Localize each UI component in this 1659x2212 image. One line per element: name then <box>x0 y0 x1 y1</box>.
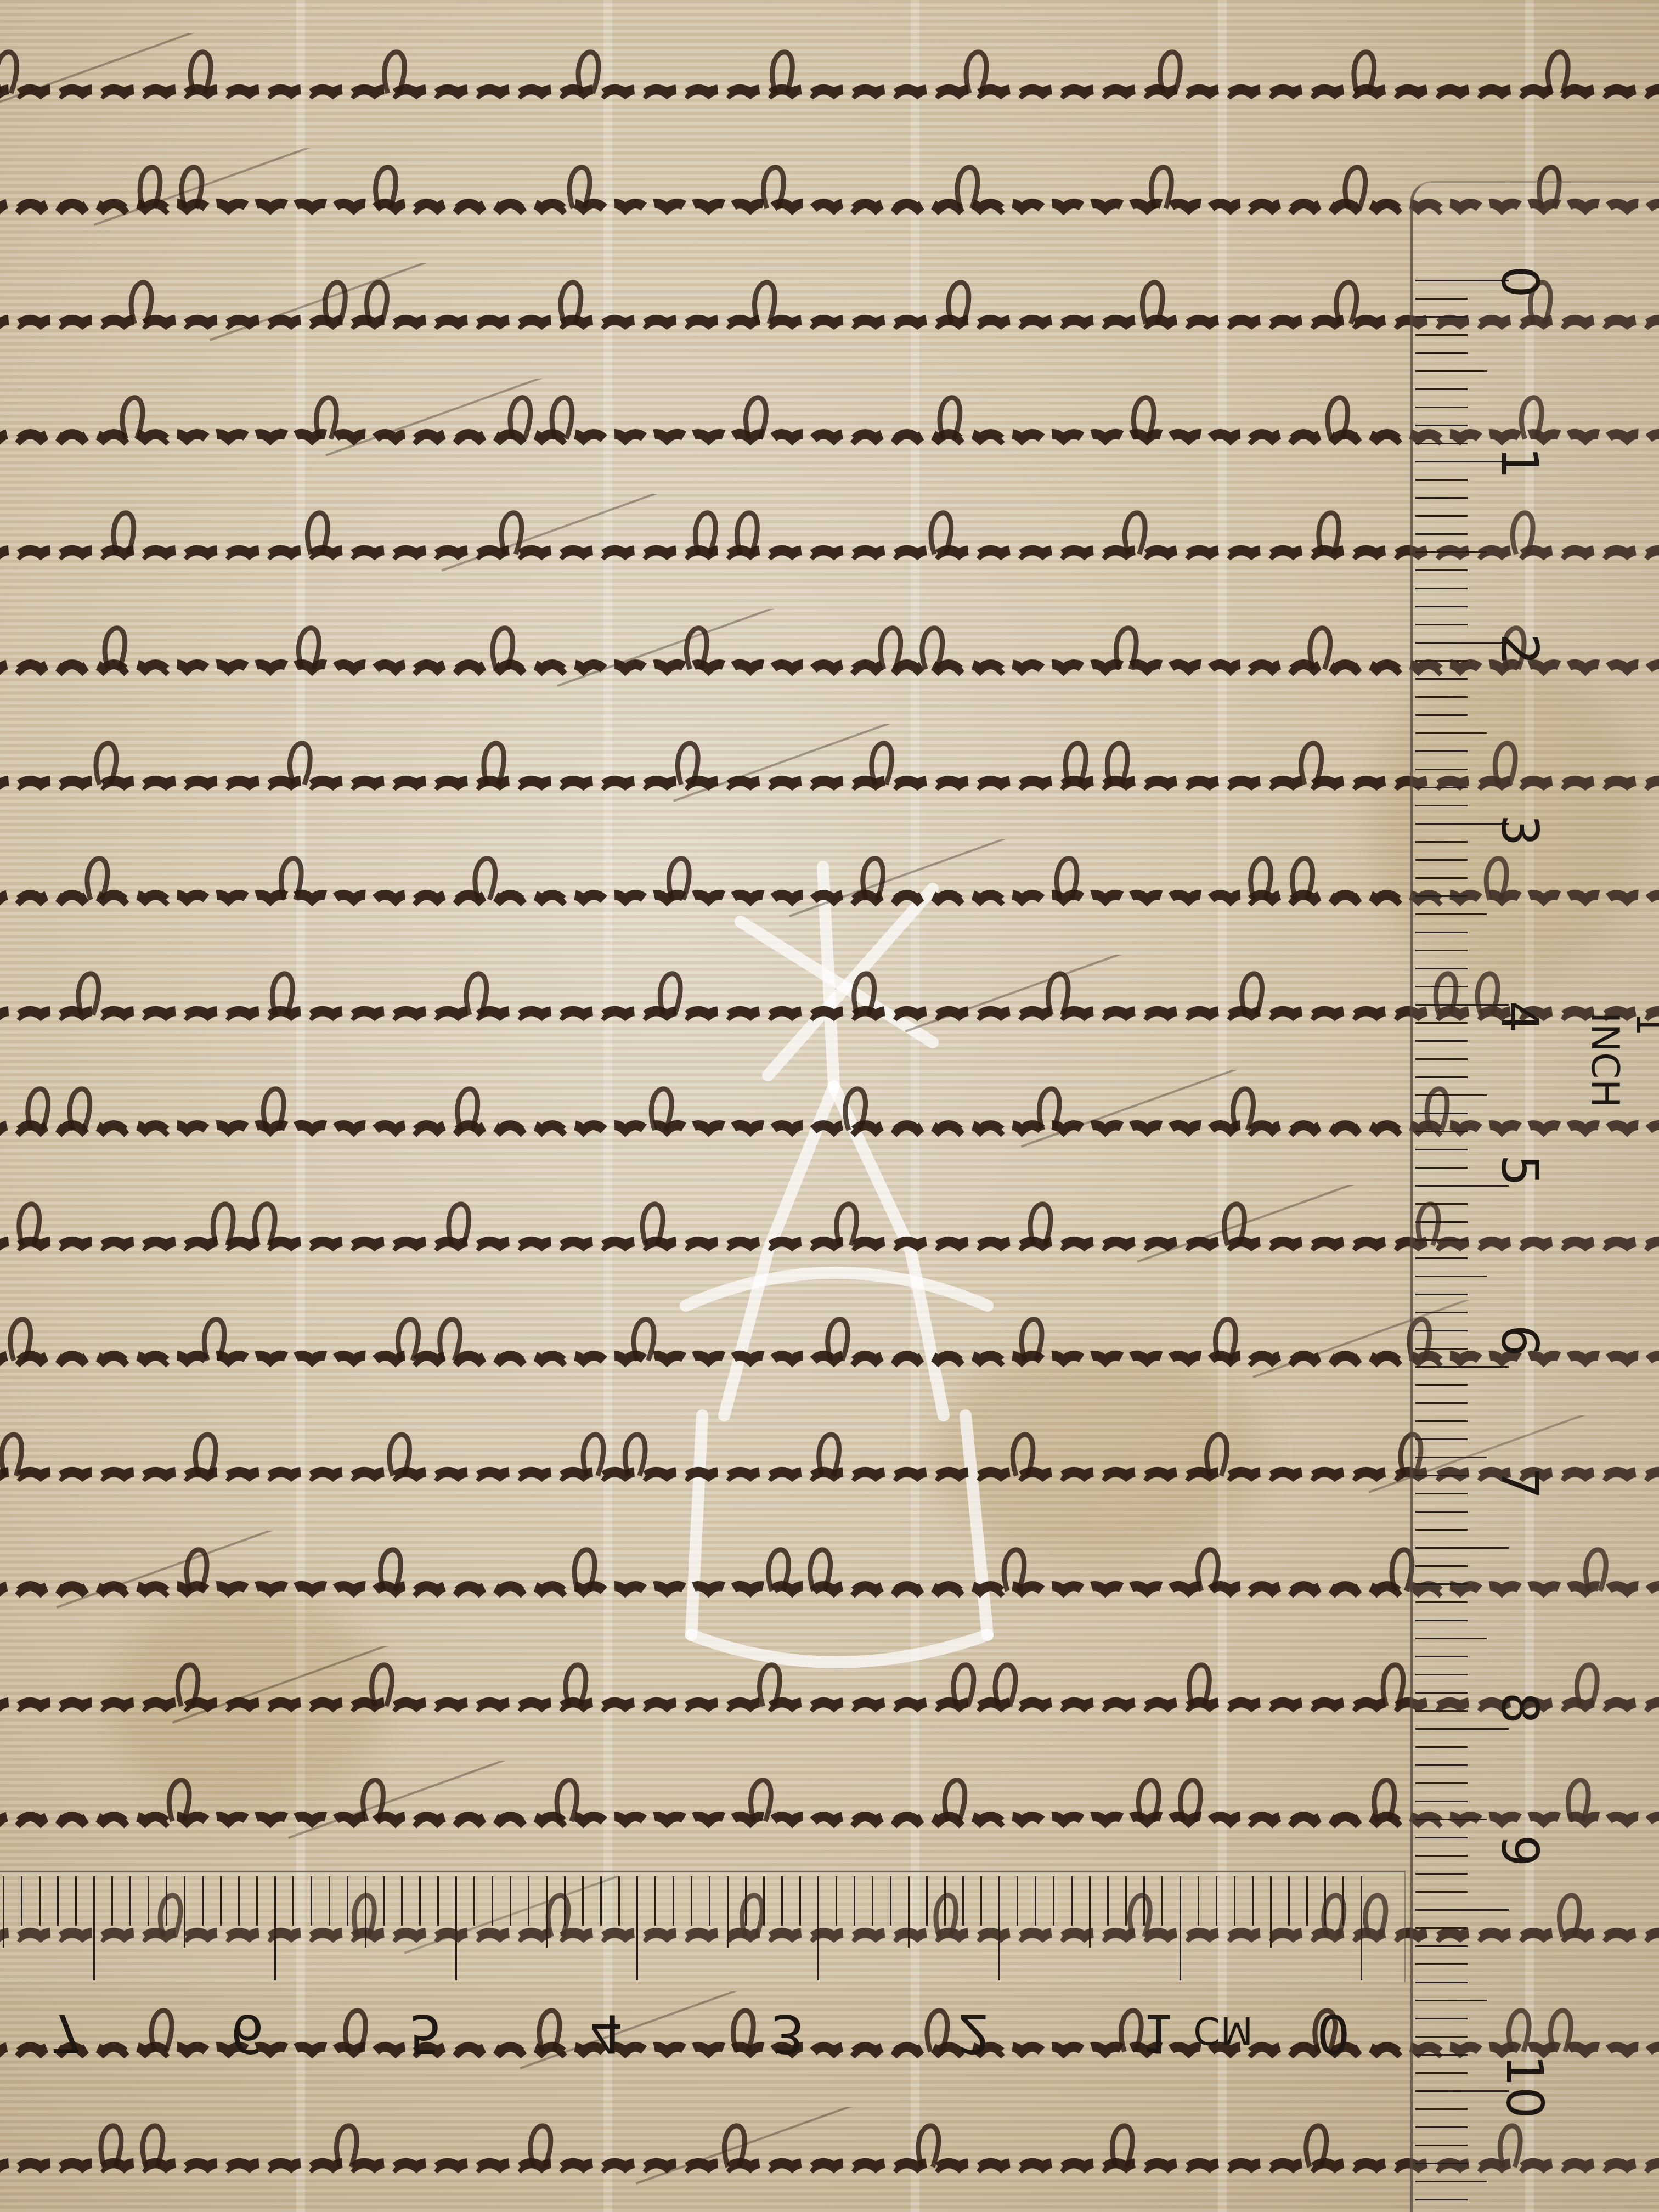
ruler-tick <box>455 1876 457 1980</box>
ruler-tick <box>654 1876 656 1926</box>
ruler-tick <box>1415 606 1468 607</box>
ruler-tick <box>1053 1876 1054 1926</box>
ruler-tick <box>528 1876 529 1926</box>
ruler-tick <box>817 1876 819 1980</box>
ruler-tick <box>1415 2018 1468 2019</box>
ruler-tick <box>1415 1312 1468 1313</box>
ruler-tick <box>1415 1366 1509 1368</box>
ruler-tick <box>311 1876 312 1926</box>
ruler-tick <box>1415 1402 1468 1404</box>
ruler-tick <box>39 1876 41 1926</box>
ruler-tick <box>1415 660 1468 662</box>
ruler-tick <box>1415 1438 1468 1440</box>
ruler-tick <box>1017 1876 1018 1926</box>
ruler-tick <box>1415 1801 1468 1802</box>
ruler-h-label-7: 7 <box>49 2002 83 2064</box>
ruler-tick <box>1415 769 1468 770</box>
ruler-tick <box>1415 1149 1468 1150</box>
ruler-tick <box>908 1876 910 1948</box>
ruler-tick <box>1415 334 1468 336</box>
ruler-v-label-6: 6 <box>1490 1324 1549 1357</box>
ruler-h-label-6: 6 <box>230 2002 264 2064</box>
ruler-tick <box>1415 1837 1468 1838</box>
ruler-tick <box>1415 1239 1468 1241</box>
ruler-tick <box>21 1876 22 1926</box>
ruler-h-label-5: 5 <box>409 2002 442 2064</box>
ruler-tick <box>1415 1982 1468 1983</box>
ruler-tick <box>1161 1876 1163 1926</box>
ruler-tick <box>1415 1022 1468 1024</box>
ruler-h-label-3: 3 <box>771 2002 804 2064</box>
ruler-tick <box>1270 1876 1272 1948</box>
ruler-tick <box>184 1876 185 1948</box>
ruler-tick <box>890 1876 891 1926</box>
ruler-tick <box>636 1876 638 1980</box>
ruler-tick <box>401 1876 403 1926</box>
ruler-tick <box>1415 1221 1468 1223</box>
ruler-v-label-4: 4 <box>1490 1001 1549 1033</box>
ruler-tick <box>1415 1583 1468 1585</box>
ruler-tick <box>1415 986 1468 988</box>
ruler-tick <box>1415 1909 1509 1911</box>
ruler-tick <box>1415 1348 1468 1350</box>
ruler-tick <box>274 1876 276 1980</box>
ruler-tick <box>1415 1167 1468 1169</box>
ruler-tick <box>238 1876 240 1926</box>
ruler-tick <box>1415 1420 1468 1422</box>
ruler-tick <box>763 1876 765 1926</box>
ruler-tick <box>1415 407 1468 408</box>
ruler-tick <box>1415 1113 1468 1114</box>
ruler-unit-inch: 1 INCH <box>1583 1012 1659 1108</box>
ruler-v-label-7: 7 <box>1490 1467 1549 1499</box>
ruler-tick <box>1306 1876 1308 1926</box>
ruler-tick <box>1415 1891 1468 1893</box>
ruler-tick <box>1415 1710 1468 1712</box>
ruler-tick <box>1415 298 1468 300</box>
ruler-tick <box>1415 425 1468 426</box>
ruler-tick <box>510 1876 511 1926</box>
ruler-tick <box>220 1876 222 1926</box>
ruler-tick <box>745 1876 747 1926</box>
ruler-tick <box>1415 678 1468 680</box>
ruler-tick <box>1415 714 1468 716</box>
ruler-tick <box>1415 805 1468 806</box>
ruler-tick <box>727 1876 729 1948</box>
ruler-tick <box>1415 2108 1468 2110</box>
ruler-tick <box>1415 2145 1468 2146</box>
ruler-tick <box>1415 2072 1468 2074</box>
handwriting-line <box>0 33 1659 115</box>
ruler-v-label-1: 1 <box>1490 447 1549 479</box>
ruler-tick <box>492 1876 493 1926</box>
ruler-tick <box>1415 732 1487 734</box>
ruler-tick <box>473 1876 475 1926</box>
ruler-tick <box>781 1876 783 1926</box>
ruler-tick <box>1415 388 1468 390</box>
ruler-tick <box>1415 2000 1487 2001</box>
ruler-tick <box>1216 1876 1217 1926</box>
ruler-tick <box>1415 913 1487 915</box>
ruler-h-label-1: 1 <box>1141 2002 1175 2064</box>
ruler-tick <box>1415 1384 1468 1386</box>
ruler-tick <box>256 1876 258 1926</box>
ruler-tick <box>166 1876 167 1926</box>
ruler-tick <box>111 1876 113 1926</box>
ruler-tick <box>1415 479 1468 481</box>
ruler-v-label-8: 8 <box>1490 1692 1549 1724</box>
ruler-tick <box>1415 932 1468 933</box>
ruler-tick <box>1415 2054 1468 2056</box>
ruler-tick <box>709 1876 710 1926</box>
ruler-tick <box>673 1876 674 1926</box>
ruler-tick <box>1252 1876 1254 1926</box>
ruler-tick <box>926 1876 928 1926</box>
ruler-v-label-3: 3 <box>1490 814 1549 847</box>
ruler-tick <box>1415 1620 1468 1621</box>
ruler-tick <box>1415 588 1468 589</box>
ruler-tick <box>1089 1876 1091 1948</box>
ruler-tick <box>1415 551 1487 553</box>
ruler-tick <box>1415 1945 1468 1947</box>
ruler-tick <box>1415 696 1468 698</box>
ruler-tick <box>1107 1876 1109 1926</box>
ruler-tick <box>1415 1547 1509 1549</box>
ruler-tick <box>1415 2163 1468 2164</box>
ruler-tick <box>57 1876 59 1926</box>
ruler-tick <box>1415 1782 1468 1784</box>
ruler-v-label-5: 5 <box>1490 1154 1549 1187</box>
ruler-tick <box>1415 2181 1487 2182</box>
ruler-tick <box>998 1876 1000 1980</box>
ruler-v-label-10: 10 <box>1495 2055 1554 2119</box>
ruler-tick <box>962 1876 964 1926</box>
ruler-v-label-0: 0 <box>1490 266 1549 298</box>
ruler-tick <box>980 1876 982 1926</box>
ruler-tick <box>1415 1927 1468 1929</box>
ruler-tick <box>1415 877 1468 879</box>
ruler-tick <box>1415 968 1468 969</box>
ruler-tick <box>1234 1876 1235 1926</box>
ruler-tick <box>1415 1656 1468 1657</box>
ruler-tick <box>1415 497 1468 499</box>
ruler-tick <box>1415 1511 1468 1513</box>
ruler-tick <box>1198 1876 1199 1926</box>
ruler-tick <box>1415 1330 1468 1331</box>
ruler-tick <box>1415 1529 1468 1531</box>
ruler-tick <box>1415 1764 1468 1766</box>
ruler-tick <box>1415 1638 1487 1639</box>
ruler-tick <box>1288 1876 1290 1926</box>
ruler-tick <box>1415 1457 1487 1458</box>
ruler-tick <box>1071 1876 1073 1926</box>
ruler-tick <box>1415 569 1468 571</box>
ruler-tick <box>1415 1076 1468 1078</box>
ruler-tick <box>582 1876 584 1926</box>
ruler-tick <box>1180 1876 1181 1980</box>
ruler-tick <box>1415 1040 1468 1042</box>
ruler-tick <box>383 1876 385 1926</box>
ruler-h-label-0: 0 <box>1317 2002 1350 2064</box>
ruler-tick <box>1415 1746 1468 1748</box>
ruler-tick <box>1415 2199 1468 2200</box>
ruler-tick <box>691 1876 692 1926</box>
ruler-tick <box>1415 751 1468 752</box>
ruler-tick <box>1415 352 1468 354</box>
ruler-tick <box>292 1876 294 1926</box>
ruler-tick <box>1415 443 1468 444</box>
ruler-tick <box>1415 1728 1509 1730</box>
ruler-tick <box>1415 316 1468 318</box>
ruler-tick <box>564 1876 566 1926</box>
ruler-tick <box>1415 1493 1468 1494</box>
ruler-tick <box>1125 1876 1127 1926</box>
ruler-tick <box>1415 1692 1468 1694</box>
ruler-tick <box>854 1876 855 1926</box>
ruler-tick <box>347 1876 348 1926</box>
ruler-tick <box>944 1876 946 1926</box>
ruler-tick <box>1415 1565 1468 1567</box>
ruler-unit-cm: CM <box>1193 2008 1253 2053</box>
ruler-tick <box>148 1876 149 1926</box>
ruler-tick <box>1415 859 1468 861</box>
ruler-v-label-9: 9 <box>1490 1835 1549 1867</box>
ruler-tick <box>93 1876 95 1980</box>
ruler-tick <box>1415 1203 1468 1205</box>
ruler-tick <box>618 1876 620 1926</box>
ruler-tick <box>1415 787 1468 788</box>
ruler-tick <box>1415 895 1468 897</box>
ruler-tick <box>1415 2126 1468 2128</box>
ruler-tick <box>1415 1276 1487 1277</box>
ruler-tick <box>1415 2036 1468 2038</box>
ruler-tick <box>1415 1294 1468 1295</box>
ruler-tick <box>1415 370 1487 372</box>
ruler-tick <box>437 1876 439 1926</box>
ruler-tick <box>1415 515 1468 517</box>
ruler-tick <box>1415 950 1468 951</box>
ruler-tick <box>1342 1876 1344 1926</box>
ruler-tick <box>329 1876 330 1926</box>
ruler-tick <box>1143 1876 1145 1926</box>
ruler-tick <box>1415 1131 1468 1132</box>
ruler-tick <box>1415 1058 1468 1060</box>
ruler-tick <box>1415 1601 1468 1603</box>
ruler-tick <box>75 1876 77 1926</box>
ruler-tick <box>1361 1876 1362 1980</box>
ruler-tick <box>1415 1475 1468 1476</box>
ruler-tick <box>600 1876 602 1926</box>
ruler-tick <box>799 1876 801 1926</box>
ruler-tick <box>1415 1819 1487 1820</box>
ruler-tick <box>365 1876 366 1948</box>
ruler-tick <box>129 1876 131 1926</box>
ruler-h-label-2: 2 <box>957 2002 991 2064</box>
ruler-tick <box>3 1876 4 1948</box>
ruler-tick <box>1035 1876 1036 1926</box>
ruler-tick <box>1324 1876 1326 1926</box>
ruler-tick <box>1415 841 1468 843</box>
ruler-tick <box>1415 1963 1468 1965</box>
ruler-tick <box>836 1876 837 1926</box>
ruler-tick <box>419 1876 421 1926</box>
ruler-v-label-2: 2 <box>1490 633 1549 665</box>
vertical-ruler <box>1410 181 1659 2212</box>
ruler-tick <box>1415 1257 1468 1259</box>
ruler-tick <box>202 1876 204 1926</box>
ruler-tick <box>1415 624 1468 625</box>
ruler-tick <box>1415 1094 1487 1096</box>
ruler-h-label-4: 4 <box>590 2002 623 2064</box>
ruler-tick <box>546 1876 548 1948</box>
horizontal-ruler <box>0 1871 1406 1982</box>
ruler-tick <box>872 1876 873 1926</box>
ruler-tick <box>1415 1855 1468 1857</box>
ruler-tick <box>1415 1674 1468 1675</box>
ruler-tick <box>1415 1873 1468 1875</box>
ruler-tick <box>1415 533 1468 535</box>
